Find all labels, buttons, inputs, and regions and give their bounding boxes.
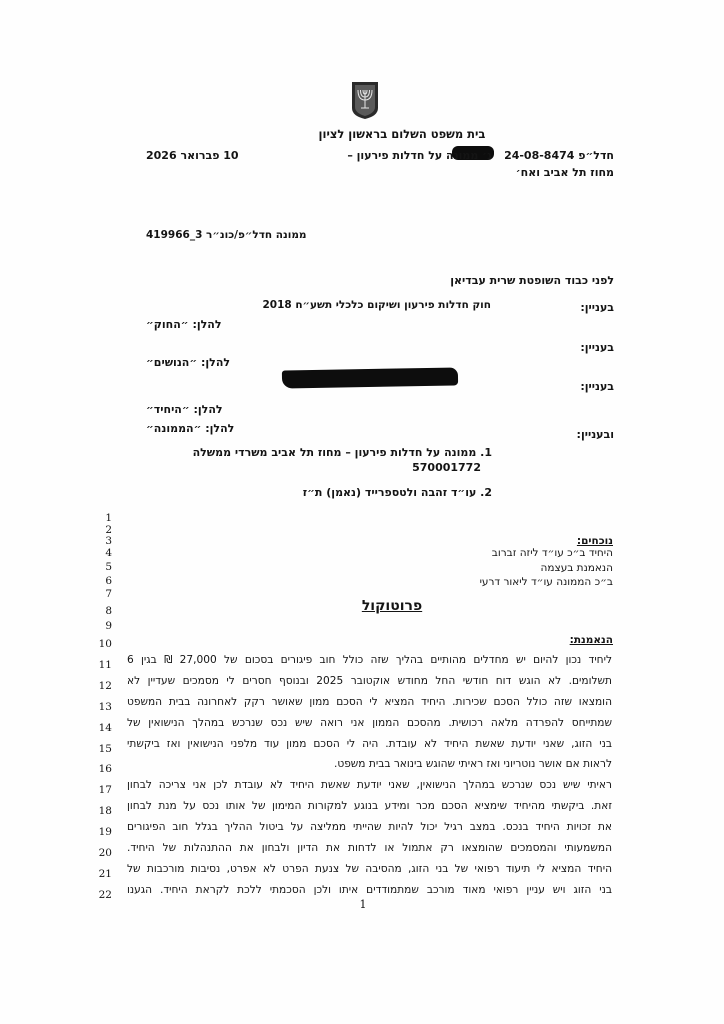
party-label-debtor: בעניין:	[580, 380, 614, 393]
case-number: חדל״פ 24-08-8474	[504, 149, 614, 162]
case-title-line2: מחוז תל אביב ואח׳	[516, 166, 614, 179]
protocol-line: את זכויות היחיד בנכס. במצב רגיל יכול להי…	[127, 821, 612, 833]
hearing-date: 10 פברואר 2026	[146, 149, 239, 162]
protocol-title: פרוטוקול	[0, 598, 724, 614]
line-number: 11	[96, 659, 112, 671]
page-number: 1	[0, 898, 724, 911]
protocol-line: היחיד המציא לי תיעוד רפואי של בני הזוג, …	[127, 863, 612, 875]
protocol-line: ראיתי שיש נכס שנרכש במהלך הנישואין, שאני…	[127, 779, 612, 791]
hereafter-creditors: להלן: ״הנושים״	[146, 356, 230, 369]
line-number: 19	[96, 826, 112, 838]
present-line-2: הנאמנת בעצמה	[540, 562, 613, 574]
line-number: 1	[96, 512, 112, 524]
respondent-1: 1. ממונה על חדלות פירעון – מחוז תל אביב …	[193, 446, 492, 459]
line-number: 18	[96, 805, 112, 817]
line-number: 14	[96, 722, 112, 734]
protocol-line: בני הזוג ויש עניין רפואי מאוד מורכב שמתמ…	[127, 884, 612, 896]
party-value-law: חוק חדלות פירעון ושיקום כלכלי תשע״ח 2018	[262, 299, 491, 311]
court-name: בית משפט השלום בראשון לציון	[0, 127, 724, 141]
line-number: 12	[96, 680, 112, 692]
judge-line: לפני כבוד השופטת שרית עבדיאן	[450, 274, 614, 287]
line-number: 15	[96, 743, 112, 755]
line-number: 6	[96, 575, 112, 587]
respondent-1-id: 570001772	[412, 461, 481, 474]
trustee-heading: הנאמנת:	[570, 634, 613, 646]
case-prefix: חדל״פ 24-08-8474	[504, 149, 614, 162]
hereafter-law: להלן: ״החוק״	[146, 318, 221, 331]
protocol-line: המשמעותי והמסמכים שהומצאו רק אתמול או לד…	[127, 842, 612, 854]
case-title: נ׳ ממונה על חדלות פירעון –	[347, 149, 492, 162]
line-number: 5	[96, 561, 112, 573]
line-number: 10	[96, 638, 112, 650]
protocol-line: תשלומים. לא הוגש דוח חודשי החל מחודש אוק…	[127, 675, 612, 687]
hereafter-official: להלן: ״הממונה״	[146, 422, 234, 435]
document-page: בית משפט השלום בראשון לציון חדל״פ 24-08-…	[0, 0, 724, 1024]
trustee-reference: ממונה חדל״פ/כונ״ר 3_419966	[146, 229, 307, 241]
line-number: 9	[96, 620, 112, 632]
line-number: 16	[96, 763, 112, 775]
protocol-line: הומצאו שזה כולל הסכם שכירות. היחיד המציא…	[127, 696, 612, 708]
party-label-trustee: ובעניין:	[577, 428, 614, 441]
line-number: 21	[96, 868, 112, 880]
protocol-line: ליחיד נכון להיום יש מחדלים מהותיים בהליך…	[127, 654, 612, 666]
line-number: 13	[96, 701, 112, 713]
line-number: 17	[96, 784, 112, 796]
present-heading: נוכחים:	[577, 535, 613, 547]
protocol-line: זאת. ביקשתי מהיחיד שימציא הסכם מכר ומידע…	[127, 800, 612, 812]
respondent-2: 2. עו״ד זהבה ולטספרייד (נאמן) ת״ז	[303, 486, 492, 499]
line-number: 3	[96, 535, 112, 547]
redaction-debtor-name	[282, 367, 458, 388]
state-emblem-icon	[350, 80, 380, 120]
protocol-line: בני הזוג, שאני יודעת שאשת היחיד לא עובדת…	[127, 738, 612, 750]
line-number: 4	[96, 547, 112, 559]
present-line-1: היחיד ב״כ עו״ד ליזה זברוב	[492, 547, 613, 559]
present-line-3: ב״כ הממונה עו״ד ליאור דרעי	[480, 576, 613, 588]
line-number: 20	[96, 847, 112, 859]
party-label-creditors: בעניין:	[580, 341, 614, 354]
protocol-line: לראות אם אושר נוטריוני ואז ראיתי שהוגש ב…	[127, 758, 612, 770]
protocol-line: שמתייחס להפרדה מלאה רכושית. מהסכם הממון …	[127, 717, 612, 729]
hereafter-debtor: להלן: ״היחיד״	[146, 403, 223, 416]
party-label-law: בעניין:	[580, 301, 614, 314]
